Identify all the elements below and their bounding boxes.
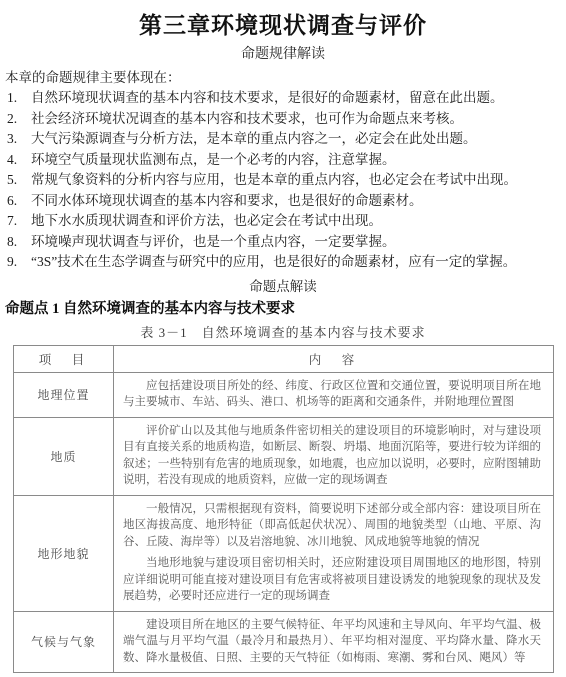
list-item-text: “3S”技术在生态学调查与研究中的应用，也是很好的命题素材，应有一定的掌握。 (31, 252, 561, 273)
list-item-text: 环境空气质量现状监测布点，是一个必考的内容，注意掌握。 (31, 150, 561, 171)
list-item: 8. 环境噪声现状调查与评价，也是一个重点内容，一定要掌握。 (5, 232, 561, 253)
table-row-climate-meteorology: 气候与气象 建设项目所在地区的主要气候特征、年平均风速和主导风向、年平均气温、极… (14, 611, 554, 673)
list-item-text: 不同水体环境现状调查的基本内容和要求，也是很好的命题素材。 (31, 191, 561, 212)
env-survey-table: 项 目 内 容 地理位置 应包括建设项目所处的经、纬度、行政区位置和交通位置，要… (13, 345, 554, 674)
page-title: 第三章环境现状调查与评价 (5, 7, 561, 40)
page-subtitle: 命题规律解读 (5, 43, 561, 63)
content-paragraph: 一般情况，只需根据现有资料，简要说明下述部分或全部内容：建设项目所在地区海拔高度… (123, 501, 541, 551)
list-item-number: 7. (5, 211, 31, 232)
row-label-topography: 地形地貌 (14, 495, 114, 611)
list-item-text: 大气污染源调查与分析方法，是本章的重点内容之一，必定会在此处出题。 (31, 129, 561, 150)
list-item-number: 8. (5, 232, 31, 253)
list-item: 1. 自然环境现状调查的基本内容和技术要求，是很好的命题素材，留意在此出题。 (5, 88, 561, 109)
table-row-topography: 地形地貌 一般情况，只需根据现有资料，简要说明下述部分或全部内容：建设项目所在地… (14, 495, 554, 611)
list-item-text: 环境噪声现状调查与评价，也是一个重点内容，一定要掌握。 (31, 232, 561, 253)
table-row-geology: 地质 评价矿山以及其他与地质条件密切相关的建设项目的环境影响时，对与建设项目有直… (14, 417, 554, 495)
point-heading: 命题点 1 自然环境调查的基本内容与技术要求 (5, 297, 561, 318)
list-item: 3. 大气污染源调查与分析方法，是本章的重点内容之一，必定会在此处出题。 (5, 129, 561, 150)
row-content-geographic-location: 应包括建设项目所处的经、纬度、行政区位置和交通位置，要说明项目所在地与主要城市、… (114, 372, 554, 417)
list-item: 6. 不同水体环境现状调查的基本内容和要求，也是很好的命题素材。 (5, 191, 561, 212)
content-paragraph: 当地形地貌与建设项目密切相关时，还应附建设项目周围地区的地形图，特别应详细说明可… (123, 555, 541, 605)
list-item-text: 社会经济环境状况调查的基本内容和技术要求，也可作为命题点来考核。 (31, 109, 561, 130)
column-header-item: 项 目 (14, 345, 114, 372)
list-item: 2. 社会经济环境状况调查的基本内容和技术要求，也可作为命题点来考核。 (5, 109, 561, 130)
list-item-number: 5. (5, 170, 31, 191)
list-item-number: 9. (5, 252, 31, 273)
content-paragraph: 建设项目所在地区的主要气候特征、年平均风速和主导风向、年平均气温、极端气温与月平… (123, 617, 541, 667)
numbered-list: 1. 自然环境现状调查的基本内容和技术要求，是很好的命题素材，留意在此出题。 2… (5, 88, 561, 273)
table-caption: 表 3－1 自然环境调查的基本内容与技术要求 (5, 322, 561, 341)
content-paragraph: 应包括建设项目所处的经、纬度、行政区位置和交通位置，要说明项目所在地与主要城市、… (123, 378, 541, 411)
list-item-number: 6. (5, 191, 31, 212)
list-item-number: 4. (5, 150, 31, 171)
list-item: 7. 地下水水质现状调查和评价方法，也必定会在考试中出现。 (5, 211, 561, 232)
table-row-geographic-location: 地理位置 应包括建设项目所处的经、纬度、行政区位置和交通位置，要说明项目所在地与… (14, 372, 554, 417)
list-item: 9. “3S”技术在生态学调查与研究中的应用，也是很好的命题素材，应有一定的掌握… (5, 252, 561, 273)
list-item-number: 2. (5, 109, 31, 130)
row-content-geology: 评价矿山以及其他与地质条件密切相关的建设项目的环境影响时，对与建设项目有直接关系… (114, 417, 554, 495)
row-label-geographic-location: 地理位置 (14, 372, 114, 417)
list-item-text: 常规气象资料的分析内容与应用，也是本章的重点内容，也必定会在考试中出现。 (31, 170, 561, 191)
table-header-row: 项 目 内 容 (14, 345, 554, 372)
section-heading: 命题点解读 (5, 275, 561, 295)
list-item: 4. 环境空气质量现状监测布点，是一个必考的内容，注意掌握。 (5, 150, 561, 171)
list-item: 5. 常规气象资料的分析内容与应用，也是本章的重点内容，也必定会在考试中出现。 (5, 170, 561, 191)
row-label-climate-meteorology: 气候与气象 (14, 611, 114, 673)
list-item-number: 3. (5, 129, 31, 150)
list-item-number: 1. (5, 88, 31, 109)
intro-text: 本章的命题规律主要体现在： (5, 68, 561, 88)
list-item-text: 自然环境现状调查的基本内容和技术要求，是很好的命题素材，留意在此出题。 (31, 88, 561, 109)
list-item-text: 地下水水质现状调查和评价方法，也必定会在考试中出现。 (31, 211, 561, 232)
row-label-geology: 地质 (14, 417, 114, 495)
row-content-climate-meteorology: 建设项目所在地区的主要气候特征、年平均风速和主导风向、年平均气温、极端气温与月平… (114, 611, 554, 673)
row-content-topography: 一般情况，只需根据现有资料，简要说明下述部分或全部内容：建设项目所在地区海拔高度… (114, 495, 554, 611)
column-header-content: 内 容 (114, 345, 554, 372)
document-page: 第三章环境现状调查与评价 命题规律解读 本章的命题规律主要体现在： 1. 自然环… (0, 0, 566, 677)
content-paragraph: 评价矿山以及其他与地质条件密切相关的建设项目的环境影响时，对与建设项目有直接关系… (123, 423, 541, 489)
